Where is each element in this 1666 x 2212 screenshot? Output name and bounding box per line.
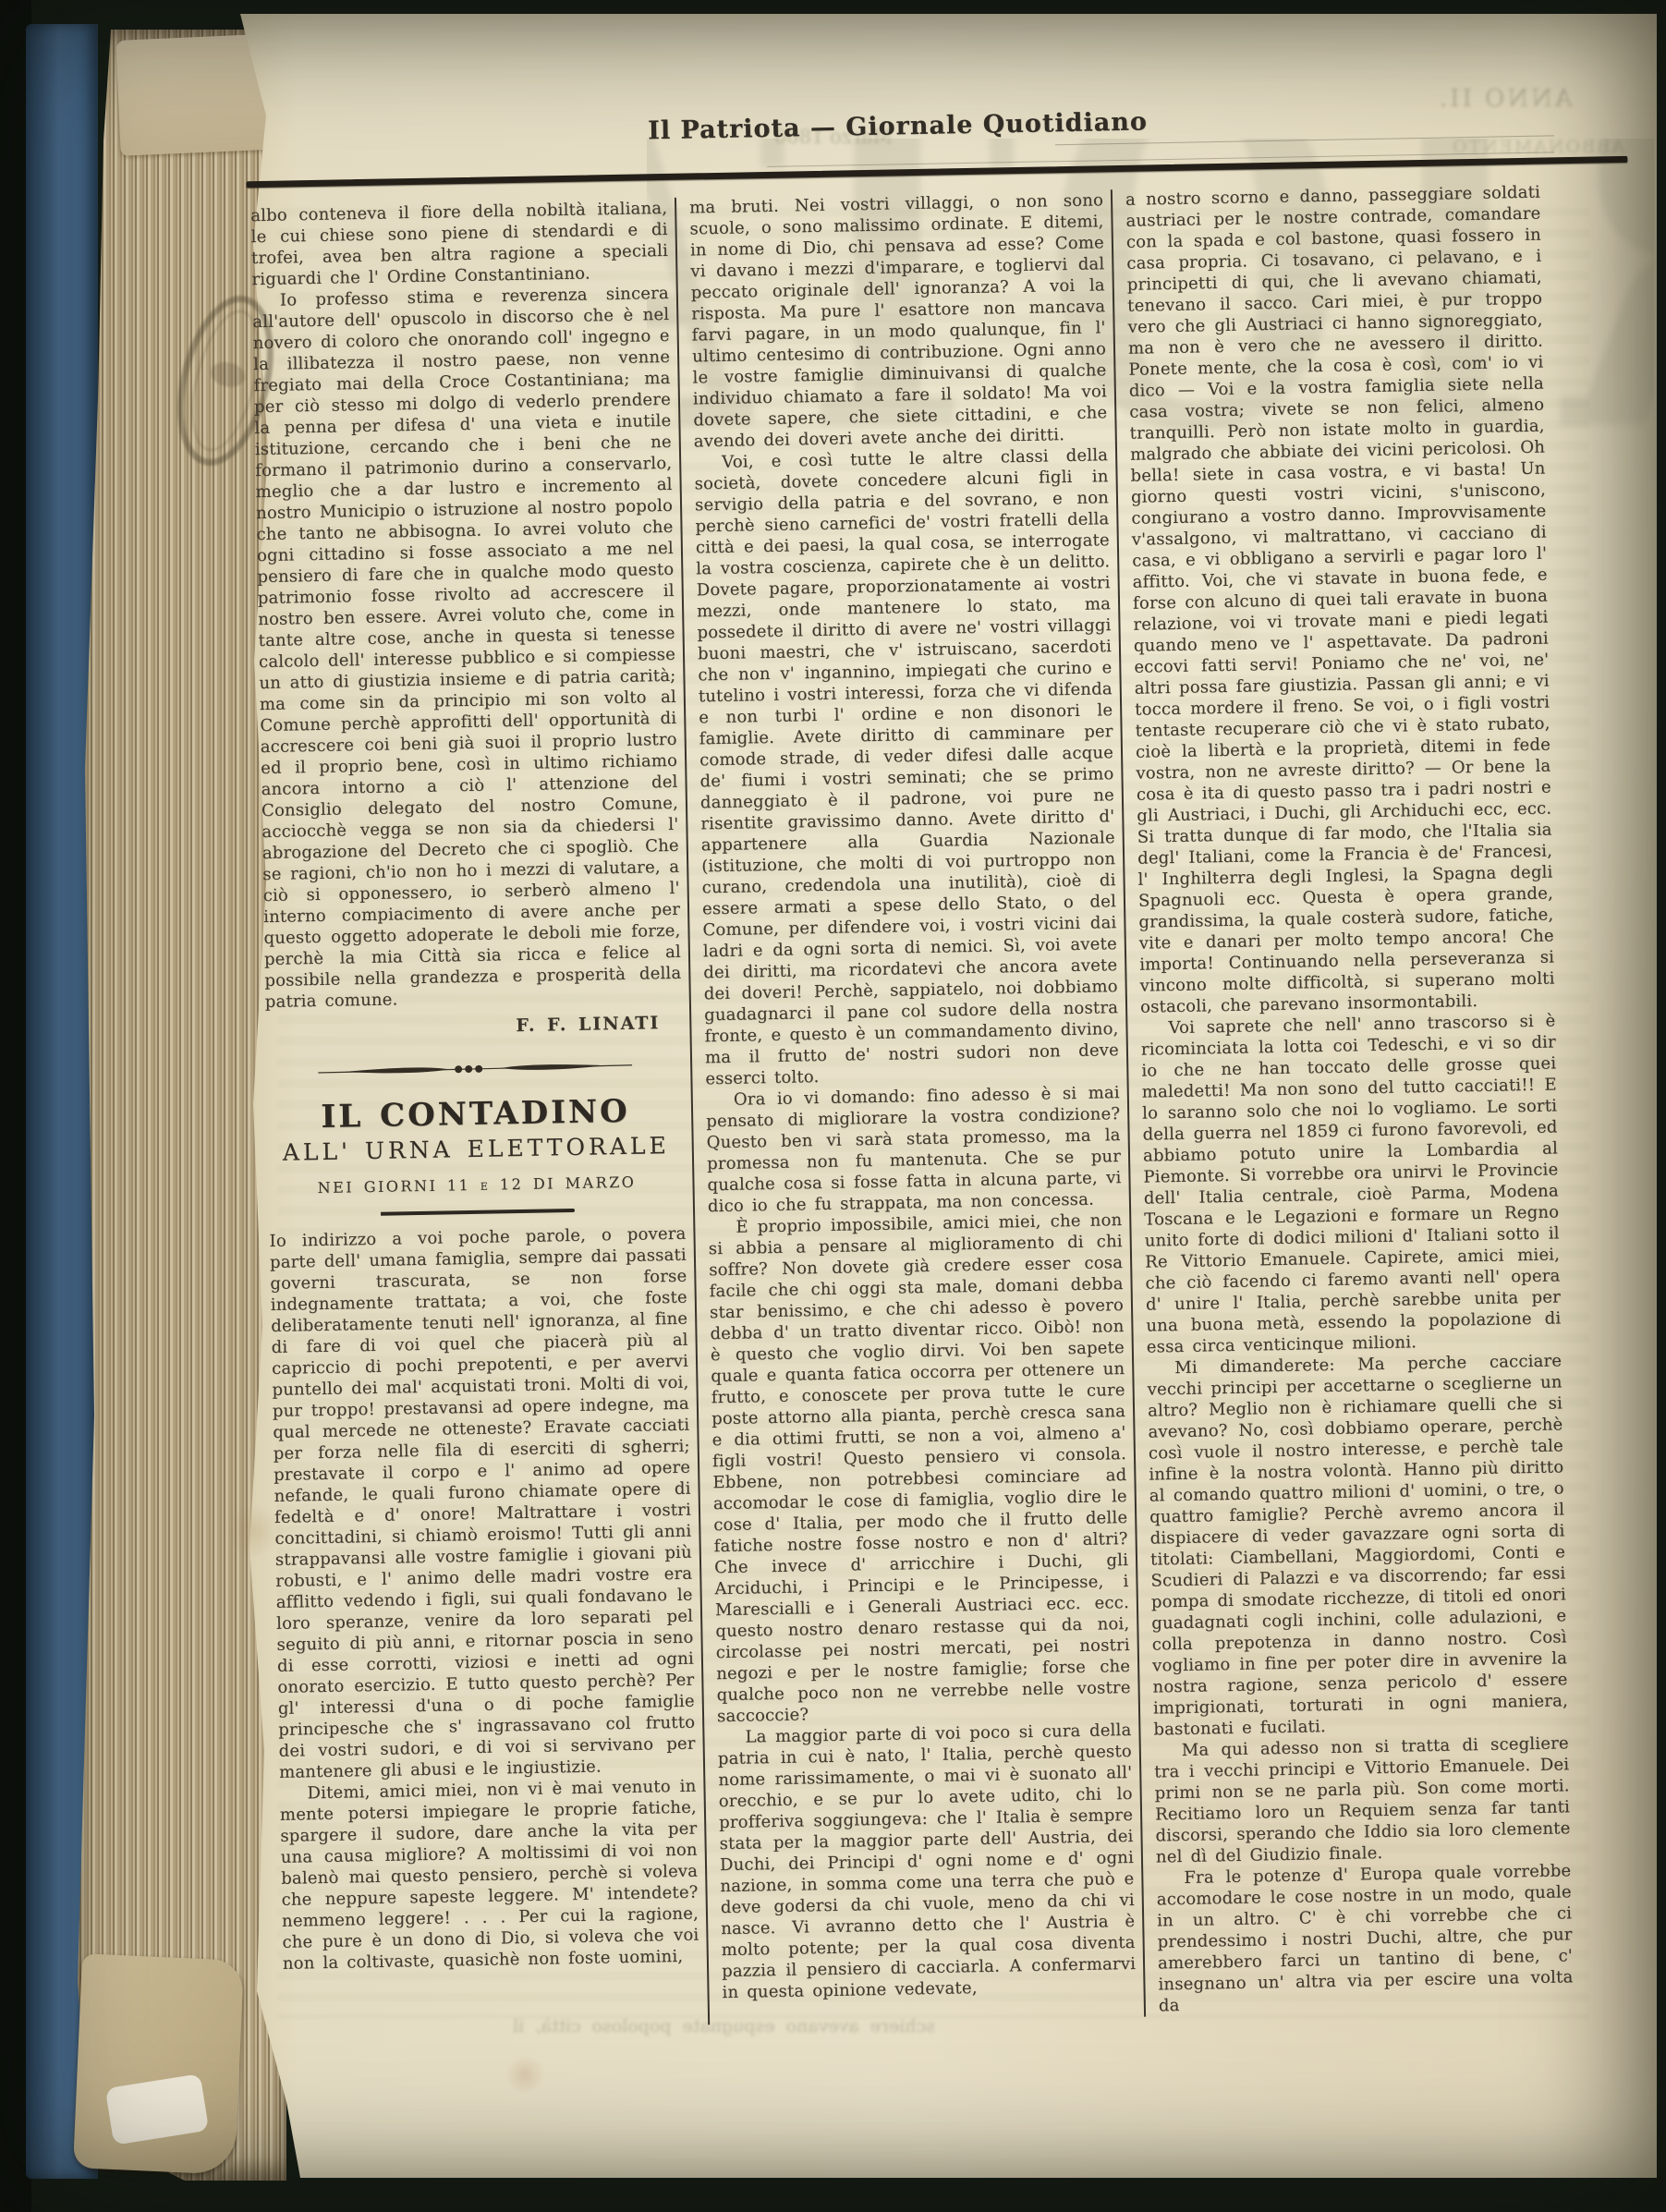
paragraph: ma bruti. Nei vostri villaggi, o non son… [689,189,1108,452]
article-title: IL CONTADINO [267,1100,684,1129]
paragraph: Fra le potenze d' Europa quale vorrebbe … [1156,1860,1574,2016]
page-title: Il Patriota — Giornale Quotidiano [241,100,1553,152]
paragraph: La maggior parte di voi poco si cura del… [717,1720,1136,2003]
paragraph: È proprio impossibile, amici miei, che n… [708,1209,1131,1727]
column-1: albo conteneva il fiore della nobiltà it… [243,198,708,2033]
column-2-paragraphs: ma bruti. Nei vostri villaggi, o non son… [689,189,1137,2003]
scanned-book-page: PATRIOTA ANNO II. ABBONAMENTO Marzo 1860… [0,0,1666,2212]
text-columns: albo conteneva il fiore della nobiltà it… [243,181,1588,2033]
article-paragraphs: Io indirizzo a voi poche parole, o pover… [269,1223,699,1975]
column-3: a nostro scorno e danno, passeggiare sol… [1111,181,1581,2016]
paragraph: Ora io vi domando: fino adesso è si mai … [706,1082,1122,1217]
article-rule [381,1209,575,1216]
author-signature: F. F. LINATI [265,1013,682,1041]
article-header: IL CONTADINO ALL' URNA ELETTORALE NEI GI… [267,1100,686,1218]
divider-ornament-icon [318,1059,632,1079]
paragraph: a nostro scorno e danno, passeggiare sol… [1125,182,1555,1018]
column-1-paragraphs: albo conteneva il fiore della nobiltà it… [250,198,682,1013]
article-dateline: NEI GIORNI 11 e 12 DI MARZO [268,1171,685,1199]
paragraph: Voi, e così tutte le altre classi della … [694,444,1120,1089]
page-edge-flap [73,1953,244,2174]
printed-area: Il Patriota — Giornale Quotidiano albo c… [241,87,1589,2070]
masthead-underline [1055,135,1554,145]
paragraph: Ditemi, amici miei, non vi è mai venuto … [279,1776,699,1975]
column-2: ma bruti. Nei vostri villaggi, o non son… [675,189,1144,2024]
paragraph: Io indirizzo a voi poche parole, o pover… [269,1223,696,1783]
paragraph: Ma qui adesso non si tratta di scegliere… [1154,1732,1571,1867]
paragraph: albo conteneva il fiore della nobiltà it… [250,198,669,290]
paragraph: Mi dimanderete: Ma perche cacciare vecch… [1147,1350,1569,1740]
paragraph: Voi saprete che nell' anno trascorso si … [1140,1010,1562,1357]
column-3-paragraphs: a nostro scorno e danno, passeggiare sol… [1125,182,1574,2017]
article-subtitle: ALL' URNA ELETTORALE [268,1135,685,1163]
paragraph: Io professo stima e reverenza sincera al… [252,283,682,1013]
